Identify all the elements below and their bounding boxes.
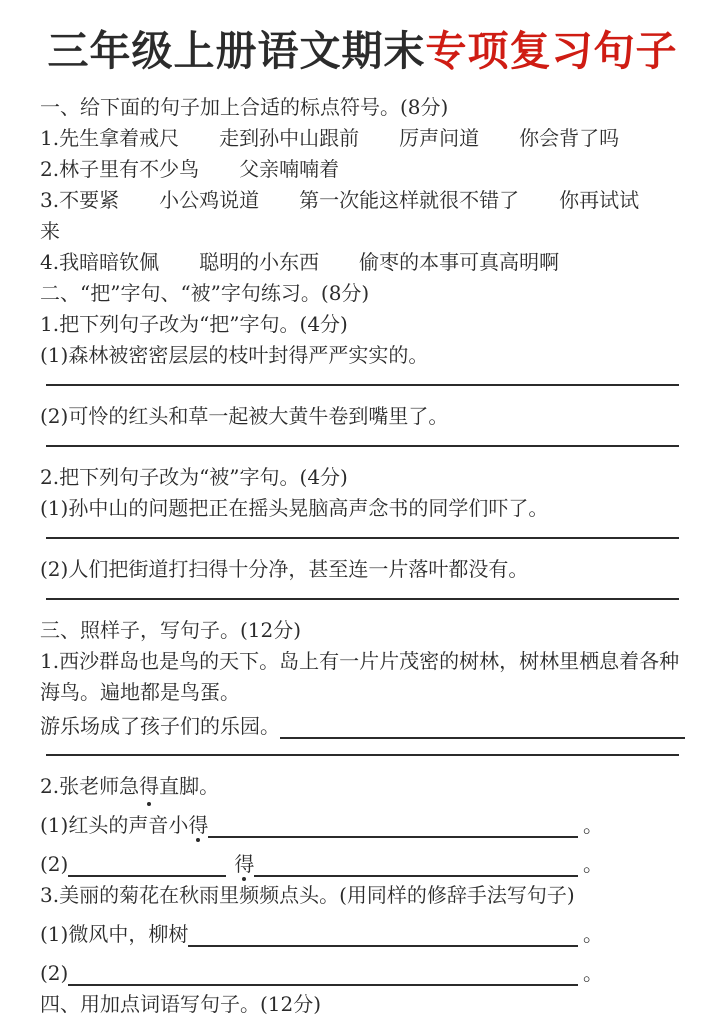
- s3-ex2-q2-dotted-char: 得: [234, 851, 254, 877]
- answer-blank[interactable]: [254, 841, 578, 877]
- s3-ex3-q2-period: 。: [578, 960, 603, 986]
- s3-ex2-q1-prefix: (1)红头的声音小: [40, 812, 188, 838]
- answer-line[interactable]: [40, 371, 685, 401]
- section-3-heading: 三、照样子，写句子。(12分): [40, 615, 685, 646]
- section-2-heading: 二、“把”字句、“被”字句练习。(8分): [40, 278, 685, 309]
- page-title: 三年级上册语文期末专项复习句子: [40, 24, 685, 78]
- title-red-text: 专项复习句子: [426, 27, 678, 75]
- s3-ex2-model-suffix: 直脚。: [159, 774, 219, 798]
- s3-ex2-model-dotted-char: 得: [139, 771, 159, 802]
- s1-item-1: 1.先生拿着戒尺 走到孙中山跟前 厉声问道 你会背了吗: [40, 123, 685, 154]
- worksheet-page: 三年级上册语文期末专项复习句子 一、给下面的句子加上合适的标点符号。(8分) 1…: [0, 0, 724, 1024]
- title-black-text: 三年级上册语文期末: [48, 27, 426, 75]
- answer-blank[interactable]: [208, 802, 578, 838]
- s2-sub1-heading: 1.把下列句子改为“把”字句。(4分): [40, 309, 685, 340]
- s3-ex3-q1-row: (1)微风中，柳树 。: [40, 911, 685, 950]
- answer-line[interactable]: [40, 741, 685, 771]
- answer-blank[interactable]: [68, 841, 226, 877]
- s3-ex3-q1-prefix: (1)微风中，柳树: [40, 921, 188, 947]
- s2-sub1-q1: (1)森林被密密层层的枝叶封得严严实实的。: [40, 340, 685, 371]
- s2-sub1-q2: (2)可怜的红头和草一起被大黄牛卷到嘴里了。: [40, 401, 685, 432]
- answer-line[interactable]: [40, 524, 685, 554]
- s3-ex3-q1-period: 。: [578, 921, 603, 947]
- s3-ex1-model: 1.西沙群岛也是鸟的天下。岛上有一片片茂密的树林，树林里栖息着各种海鸟。遍地都是…: [40, 646, 685, 708]
- section-4-heading: 四、用加点词语写句子。(12分): [40, 989, 685, 1020]
- answer-blank[interactable]: [188, 911, 578, 947]
- s1-item-4: 4.我暗暗钦佩 聪明的小东西 偷枣的本事可真高明啊: [40, 247, 685, 278]
- s3-ex2-q1-dotted-char: 得: [188, 812, 208, 838]
- answer-blank[interactable]: [280, 708, 685, 739]
- s3-ex2-model-prefix: 2.张老师急: [40, 774, 139, 798]
- s3-ex1-prompt: 游乐场成了孩子们的乐园。: [40, 713, 280, 739]
- s3-ex3-model: 3.美丽的菊花在秋雨里频频点头。(用同样的修辞手法写句子): [40, 880, 685, 911]
- answer-line[interactable]: [40, 432, 685, 462]
- s3-ex2-q2-row: (2) 得 。: [40, 841, 685, 880]
- s1-item-3: 3.不要紧 小公鸡说道 第一次能这样就很不错了 你再试试 来: [40, 185, 685, 247]
- s1-item-2: 2.林子里有不少鸟 父亲喃喃着: [40, 154, 685, 185]
- s3-ex2-model: 2.张老师急得直脚。: [40, 771, 685, 802]
- section-1-heading: 一、给下面的句子加上合适的标点符号。(8分): [40, 92, 685, 123]
- answer-line[interactable]: [40, 585, 685, 615]
- s3-ex3-q2-row: (2) 。: [40, 950, 685, 989]
- s2-sub2-q2: (2)人们把街道打扫得十分净，甚至连一片落叶都没有。: [40, 554, 685, 585]
- s3-ex2-q1-period: 。: [578, 812, 603, 838]
- s2-sub2-q1: (1)孙中山的问题把正在摇头晃脑高声念书的同学们吓了。: [40, 493, 685, 524]
- s3-ex2-q2-label: (2): [40, 851, 68, 877]
- s3-ex1-prompt-row: 游乐场成了孩子们的乐园。: [40, 708, 685, 741]
- s3-ex3-q2-label: (2): [40, 960, 68, 986]
- s3-ex2-q1-row: (1)红头的声音小得 。: [40, 802, 685, 841]
- s3-ex2-q2-period: 。: [578, 851, 603, 877]
- s2-sub2-heading: 2.把下列句子改为“被”字句。(4分): [40, 462, 685, 493]
- answer-blank[interactable]: [68, 950, 578, 986]
